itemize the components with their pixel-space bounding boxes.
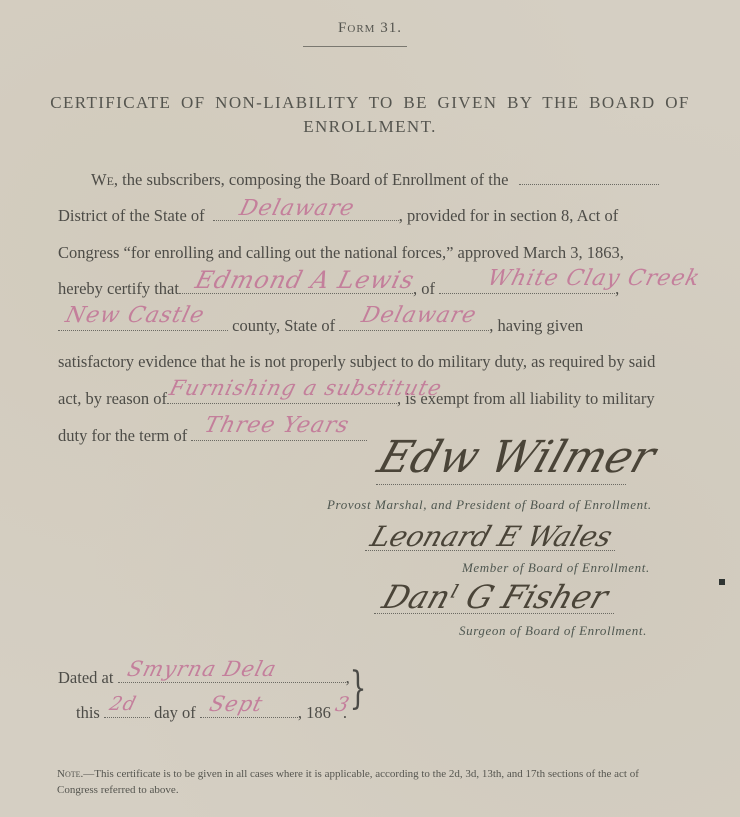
note-text: —This certificate is to be given in all … [57,768,639,796]
line7-pre-text: act, by reason of [58,389,167,408]
handwritten-term: Three Years [202,413,352,438]
term-blank[interactable] [191,440,367,441]
reason-blank[interactable] [167,403,397,404]
certificate-title-line1: CERTIFICATE OF NON-LIABILITY TO BE GIVEN… [0,93,740,113]
handwritten-month: Sept [207,692,266,716]
line5-mid-text: county, State of [232,316,335,335]
provost-marshal-signature: Edw Wilmer [372,432,662,483]
day-blank[interactable] [104,717,150,718]
ink-blot [719,579,725,585]
form-number: Form 31. [0,20,740,37]
line2-post-text: , provided for in section 8, Act of [399,206,619,225]
we-word: We [91,170,114,189]
county-blank[interactable] [58,330,228,331]
month-blank[interactable] [200,717,298,718]
member-signature: Leonard E Wales [367,520,617,553]
dated-at-label: Dated at [58,668,113,687]
note-label: Note. [57,768,83,780]
county-state-blank[interactable] [339,330,489,331]
body-line-1: We, the subscribers, composing the Board… [91,170,659,190]
member-caption: Member of Board of Enrollment. [462,560,650,576]
surgeon-signature: Danˡ G Fisher [378,578,613,616]
footnote: Note.—This certificate is to be given in… [57,766,677,798]
handwritten-district-state: Delaware [237,196,358,221]
handwritten-county-state: Delaware [359,303,480,328]
line4-mid-text: , of [413,279,435,298]
this-label: this [76,703,100,722]
line2-pre-text: District of the State of [58,206,205,225]
line5-post-text: , having given [489,316,583,335]
provost-marshal-caption: Provost Marshal, and President of Board … [327,497,652,513]
handwritten-dated-at: Smyrna Dela [125,657,279,681]
body-line-6: satisfactory evidence that he is not pro… [58,352,655,372]
date-brace: } [350,663,367,714]
handwritten-county: New Castle [63,303,207,328]
certificate-title-line2: ENROLLMENT. [0,117,740,137]
line4-pre-text: hereby certify that [58,279,179,298]
form-number-rule [303,46,407,47]
line1-text: , the subscribers, composing the Board o… [114,170,509,189]
handwritten-residence: White Clay Creek [485,266,703,291]
dated-at-blank[interactable] [118,682,346,683]
surgeon-caption: Surgeon of Board of Enrollment. [459,623,647,639]
handwritten-reason: Furnishing a substitute [167,376,445,400]
day-of-label: day of [154,703,196,722]
board-district-blank[interactable] [519,184,659,185]
year-prefix: , 186 [298,703,331,722]
line8-pre-text: duty for the term of [58,426,187,445]
provost-signature-line [376,484,626,485]
certificate-page: Form 31. CERTIFICATE OF NON-LIABILITY TO… [0,0,740,817]
residence-blank[interactable] [439,293,615,294]
handwritten-day: 2d [107,693,139,715]
body-line-3: Congress “for enrolling and calling out … [58,243,624,263]
handwritten-person-name: Edmond A Lewis [193,266,418,294]
